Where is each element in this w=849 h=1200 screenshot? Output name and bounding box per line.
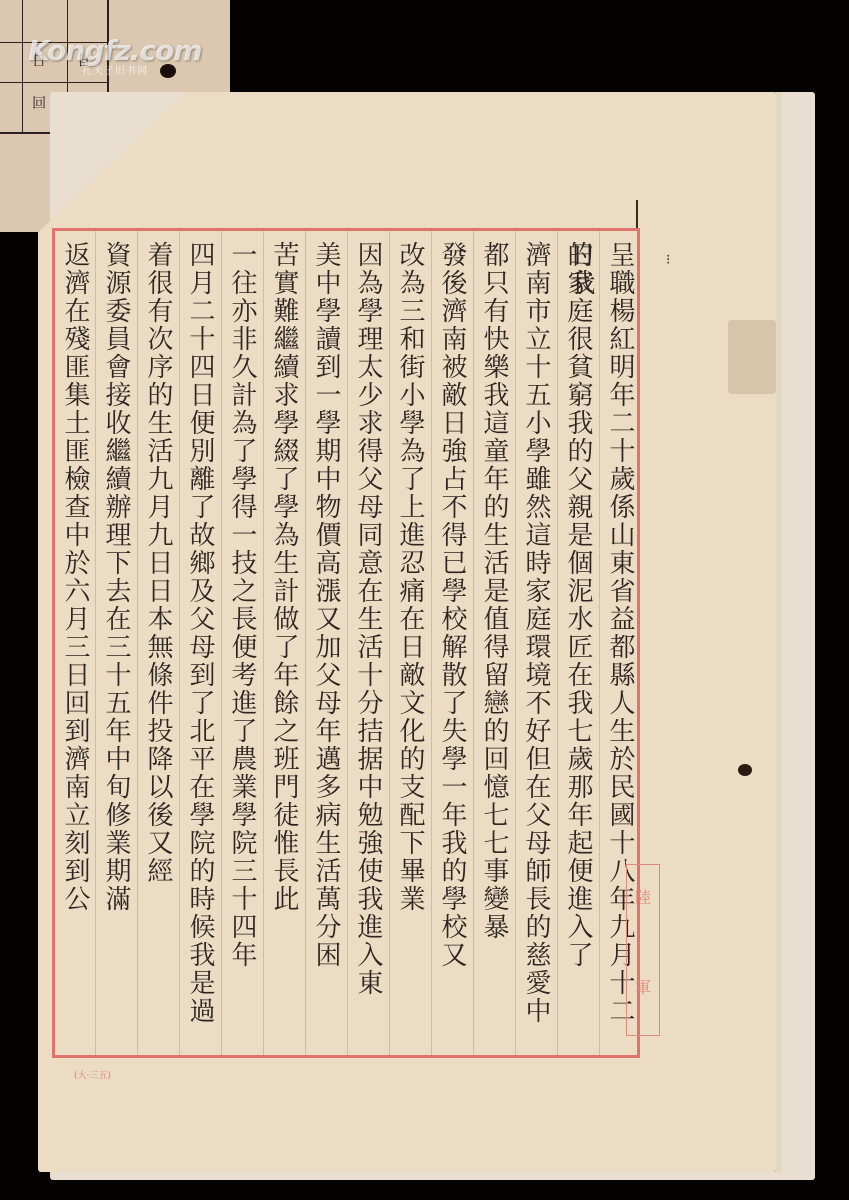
text-column: 一往亦非久計為了學得一技之長便考進了農業學院三十四年 xyxy=(222,241,262,1049)
watermark-subtitle: 孔夫子旧书网 xyxy=(82,62,148,77)
text-column: 資源委員會接收繼續辦理下去在三十五年中旬修業期滿 xyxy=(96,241,136,1049)
army-stamp-box: 陸 軍 xyxy=(626,864,660,1036)
pin-mark xyxy=(636,200,638,230)
text-column: 四月二十四日便別離了故鄉及父母到了北平在學院的時候我是過 xyxy=(180,241,220,1049)
punch-hole xyxy=(738,764,752,776)
text-column: 的家庭很貧窮我的父親是個泥水匠在我七歲那年起便進入了 xyxy=(558,241,598,1049)
grid-cell-text: 回 xyxy=(32,92,46,112)
text-column: 都只有快樂我這童年的生活是值得留戀的回憶七七事變暴 xyxy=(474,241,514,1049)
stamp-char: 陸 xyxy=(635,885,651,908)
letter-page: ⁝ 呈職楊紅明年二十歲係山東省益都縣人生於民國十八年九月十二日我 的家庭很貧窮我… xyxy=(38,92,776,1172)
ruled-frame: 呈職楊紅明年二十歲係山東省益都縣人生於民國十八年九月十二日我 的家庭很貧窮我的父… xyxy=(52,228,640,1058)
paper-stain xyxy=(728,320,776,394)
text-column: 美中學讀到一學期中物價高漲又加父母年邁多病生活萬分困 xyxy=(306,241,346,1049)
form-code: (大·三五) xyxy=(74,1068,111,1081)
ink-mark: ⁝ xyxy=(666,252,670,268)
text-column: 因為學理太少求得父母同意在生活十分拮据中勉強使我進入東 xyxy=(348,241,388,1049)
text-column: 改為三和街小學為了上進忍痛在日敵文化的支配下畢業 xyxy=(390,241,430,1049)
text-column: 返濟在殘匪集土匪檢查中於六月三日回到濟南立刻到公 xyxy=(55,241,95,1049)
text-column: 着很有次序的生活九月九日日本無條件投降以後又經 xyxy=(138,241,178,1049)
stamp-char: 軍 xyxy=(635,975,651,998)
text-column: 苦實難繼續求學綴了學為生計做了年餘之班門徒惟長此 xyxy=(264,241,304,1049)
text-column: 濟南市立十五小學雖然這時家庭環境不好但在父母師長的慈愛中 xyxy=(516,241,556,1049)
text-column: 發後濟南被敵日強占不得已學校解散了失學一年我的學校又 xyxy=(432,241,472,1049)
